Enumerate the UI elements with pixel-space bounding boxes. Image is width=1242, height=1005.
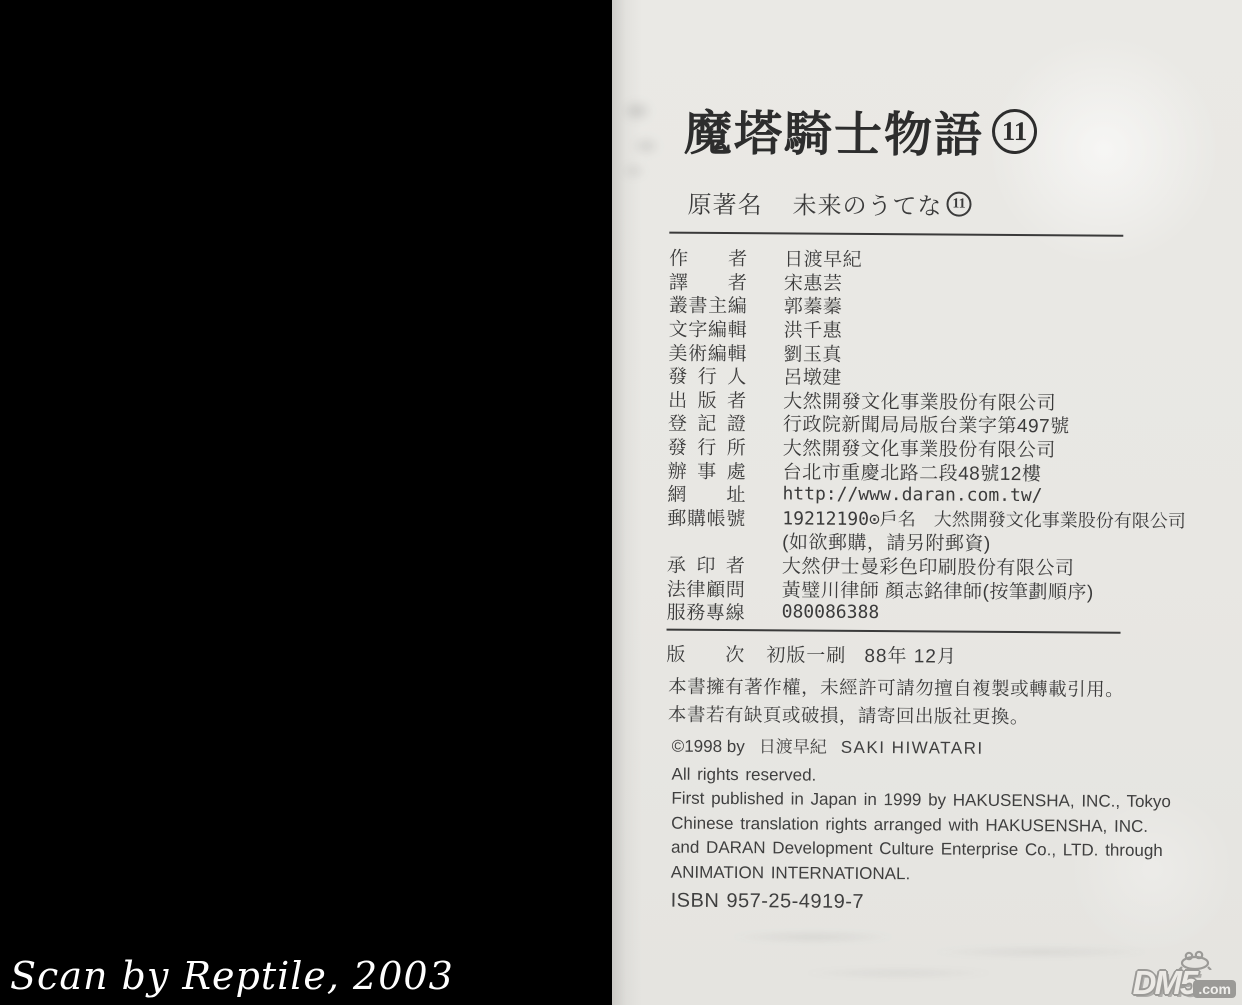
book-title: 魔塔騎士物語11 — [684, 95, 1037, 166]
scanner-credit-text: Scan by Reptile, 2003 — [10, 954, 454, 998]
edition-date: 88年 12月 — [864, 641, 957, 669]
scanned-colophon-page: 魔塔騎士物語11 原著名 未来のうてな11 作者 日渡早紀 譯者 宋惠芸 叢書主… — [612, 0, 1242, 1005]
credit-value: 黃璧川律師 顏志銘律師(按筆劃順序) — [782, 575, 1094, 604]
edition-label: 版次 — [666, 640, 744, 668]
original-title-label: 原著名 — [687, 185, 762, 221]
copyright-line: and DARAN Development Culture Enterprise… — [671, 836, 1171, 864]
volume-number-badge: 11 — [992, 109, 1037, 154]
edition-printing: 初版一刷 — [766, 640, 846, 668]
credit-label: 郵購帳號 — [667, 503, 745, 531]
divider-top — [669, 232, 1123, 237]
credits-table: 作者 日渡早紀 譯者 宋惠芸 叢書主編 郭蓁蓁 文字編輯 洪千惠 美術編輯 劉玉… — [667, 246, 1230, 627]
original-volume-number-badge: 11 — [946, 192, 971, 217]
copyright-prefix: ©1998 by — [672, 735, 745, 760]
copyright-author-en: SAKI HIWATARI — [841, 736, 984, 762]
copyright-line: ANIMATION INTERNATIONAL. — [671, 861, 1171, 889]
original-title-row: 原著名 未来のうてな11 — [687, 185, 971, 222]
copyright-line: Chinese translation rights arranged with… — [671, 811, 1171, 839]
divider-bottom — [667, 629, 1121, 634]
frog-mascot-icon — [1178, 950, 1212, 970]
credit-row: 服務專線 080086388 — [667, 599, 1227, 627]
original-title-text: 未来のうてな — [792, 185, 942, 221]
credit-value: 080086388 — [782, 602, 880, 624]
copyright-author-cjk: 日渡早紀 — [759, 735, 827, 760]
copyright-lines: All rights reserved.First published in J… — [671, 762, 1171, 888]
credit-label — [667, 540, 745, 541]
copyright-notices: 本書擁有著作權，未經許可請勿擅自複製或轉載引用。本書若有缺頁或破損，請寄回出版社… — [668, 673, 1124, 732]
isbn-line: ISBN 957-25-4919-7 — [671, 888, 1171, 916]
edition-row: 版次 初版一刷 88年 12月 — [666, 640, 957, 669]
dm5-watermark-logo: DM5 .com — [1133, 964, 1236, 1002]
credit-label: 服務專線 — [667, 598, 745, 626]
watermark-suffix: .com — [1193, 980, 1236, 998]
notice-line: 本書擁有著作權，未經許可請勿擅自複製或轉載引用。 — [668, 673, 1124, 704]
copyright-year-line: ©1998 by 日渡早紀 SAKI HIWATARI — [672, 735, 1172, 763]
copyright-line: First published in Japan in 1999 by HAKU… — [671, 787, 1171, 815]
notice-line: 本書若有缺頁或破損，請寄回出版社更換。 — [668, 701, 1124, 732]
credit-value: 台北市重慶北路二段48號12樓 — [783, 457, 1042, 486]
book-title-text: 魔塔騎士物語 — [684, 95, 984, 166]
english-copyright-block: ©1998 by 日渡早紀 SAKI HIWATARI All rights r… — [671, 735, 1172, 917]
credit-value: http://www.daran.com.tw/ — [782, 484, 1042, 507]
copyright-line: All rights reserved. — [671, 762, 1171, 790]
